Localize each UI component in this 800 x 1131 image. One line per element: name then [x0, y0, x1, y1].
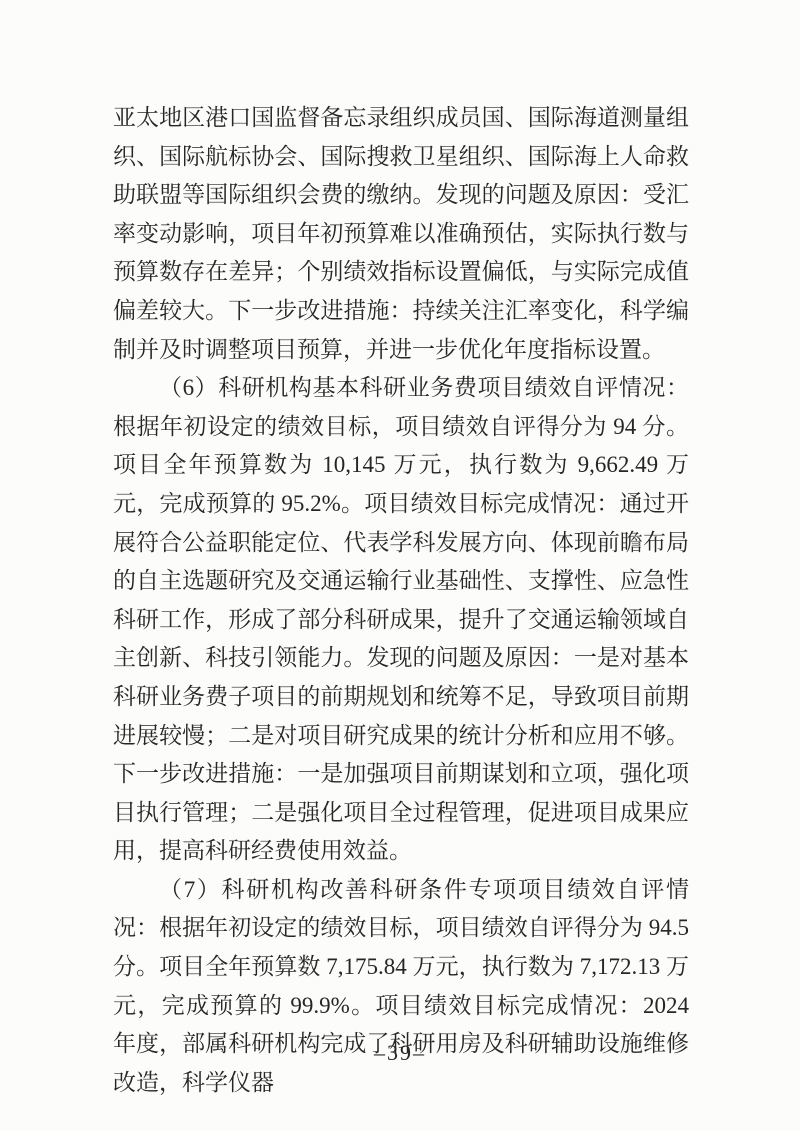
body-text: 亚太地区港口国监督备忘录组织成员国、国际海道测量组织、国际航标协会、国际搜救卫星…	[113, 99, 689, 1102]
paragraph-item-7: （7）科研机构改善科研条件专项项目绩效自评情况：根据年初设定的绩效目标，项目绩效…	[113, 871, 689, 1103]
document-page: 亚太地区港口国监督备忘录组织成员国、国际海道测量组织、国际航标协会、国际搜救卫星…	[0, 0, 800, 1131]
paragraph-item-6: （6）科研机构基本科研业务费项目绩效自评情况：根据年初设定的绩效目标，项目绩效自…	[113, 369, 689, 871]
page-number: –39–	[0, 1040, 800, 1066]
paragraph-continuation: 亚太地区港口国监督备忘录组织成员国、国际海道测量组织、国际航标协会、国际搜救卫星…	[113, 99, 689, 369]
